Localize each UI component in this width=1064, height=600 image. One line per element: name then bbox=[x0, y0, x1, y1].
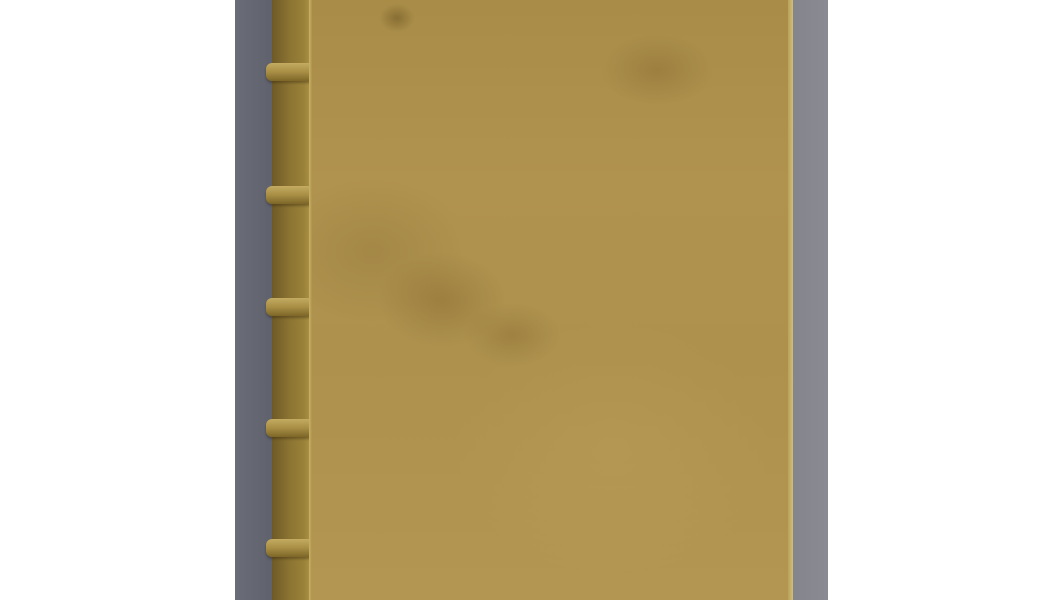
spine-raised-band bbox=[266, 63, 312, 81]
spine-raised-band bbox=[266, 419, 312, 437]
cover-edge bbox=[788, 0, 793, 600]
book-front-cover bbox=[312, 0, 793, 600]
spine-raised-band bbox=[266, 298, 312, 316]
spine-raised-band bbox=[266, 539, 312, 557]
spine-raised-band bbox=[266, 186, 312, 204]
